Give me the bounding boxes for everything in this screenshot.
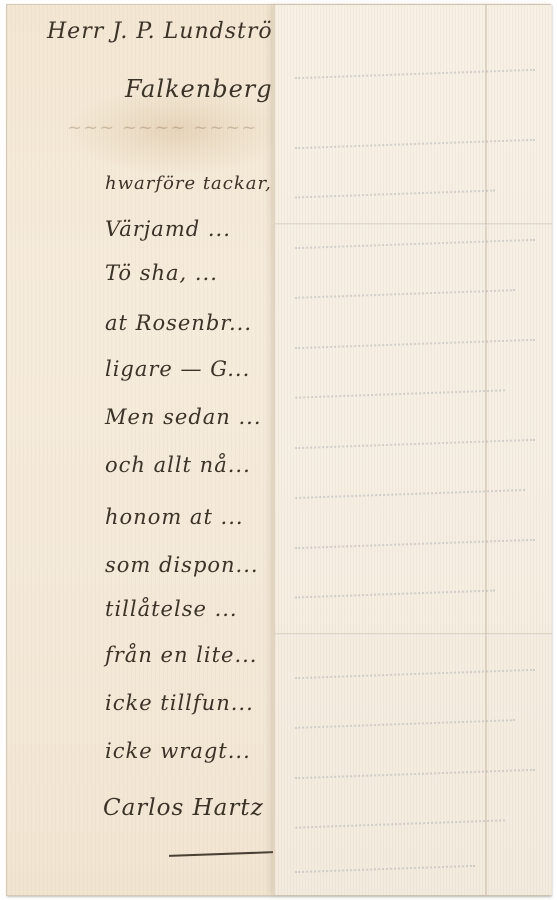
- address-town: Falkenberg: [125, 75, 273, 103]
- show-through-line: [295, 857, 475, 873]
- body-line: och allt nå...: [105, 453, 251, 477]
- show-through-line: [295, 381, 505, 398]
- body-line: honom at ...: [105, 505, 244, 529]
- show-through-line: [295, 131, 535, 149]
- signature-underline: [169, 851, 273, 857]
- signature: Carlos Hartz: [103, 795, 264, 821]
- body-line: Men sedan ...: [105, 405, 262, 429]
- show-through-line: [295, 331, 535, 349]
- show-through-line: [295, 431, 535, 449]
- horizontal-crease: [275, 223, 552, 226]
- show-through-line: [295, 281, 515, 299]
- body-line: som dispon...: [105, 553, 259, 577]
- show-through-line: [295, 231, 535, 249]
- body-line: at Rosenbr...: [105, 311, 252, 335]
- show-through-line: [295, 711, 515, 729]
- show-through-line: [295, 661, 535, 679]
- show-through-line: [295, 761, 535, 779]
- show-through-line: [295, 481, 525, 499]
- body-line: icke wragt...: [105, 739, 251, 763]
- show-through-line: [295, 182, 495, 199]
- folded-flap: [273, 5, 552, 895]
- body-line: Värjamd ...: [105, 217, 231, 241]
- address-recipient: Herr J. P. Lundström: [47, 19, 294, 44]
- horizontal-crease: [275, 633, 552, 636]
- faint-bleed-text: ~~~ ~~~~ ~~~~: [67, 117, 257, 138]
- body-line: icke tillfun...: [105, 691, 254, 715]
- body-line: ligare — G...: [105, 357, 250, 381]
- show-through-line: [295, 61, 535, 79]
- letter-sheet: Herr J. P. Lundström Falkenberg ~~~ ~~~~…: [6, 4, 551, 896]
- show-through-line: [295, 811, 505, 828]
- show-through-line: [295, 582, 495, 599]
- body-line: från en lite...: [105, 643, 257, 667]
- body-line: Tö sha, ...: [105, 261, 218, 285]
- show-through-line: [295, 531, 535, 549]
- body-line: tillåtelse ...: [105, 597, 238, 621]
- body-line: hwarföre tackar,: [105, 173, 272, 194]
